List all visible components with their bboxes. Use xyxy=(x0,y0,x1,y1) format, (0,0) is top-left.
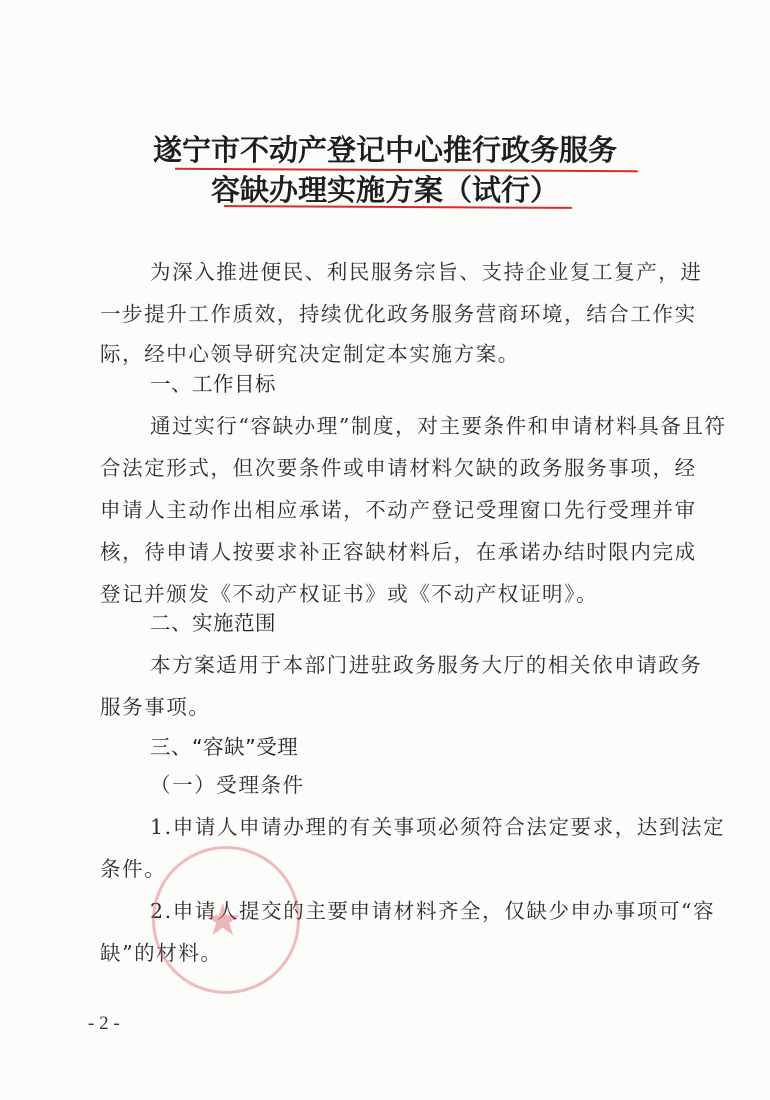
section2-paragraph-line: 服务事项。 xyxy=(100,693,700,721)
section1-paragraph-line: 合法定形式，但次要条件或申请材料欠缺的政务服务事项，经 xyxy=(100,454,700,482)
section2-paragraph-line: 本方案适用于本部门进驻政务服务大厅的相关依申请政务 xyxy=(150,651,750,679)
document-title-line-2: 容缺办理实施方案（试行） xyxy=(0,168,770,209)
section1-paragraph-line: 核，待申请人按要求补正容缺材料后，在承诺办结时限内完成 xyxy=(100,538,700,566)
official-seal-stamp: ★ xyxy=(152,846,300,994)
intro-paragraph-line: 际，经中心领导研究决定制定本实施方案。 xyxy=(100,340,700,368)
section1-paragraph-line: 通过实行“容缺办理”制度，对主要条件和申请材料具备且符 xyxy=(150,412,750,440)
seal-star-icon: ★ xyxy=(203,895,242,946)
condition-item-line: 1.申请人申请办理的有关事项必须符合法定要求，达到法定 xyxy=(150,813,750,841)
section-heading-acceptance: 三、“容缺”受理 xyxy=(150,733,750,761)
section-heading-work-goal: 一、工作目标 xyxy=(150,370,750,398)
section-heading-scope: 二、实施范围 xyxy=(150,609,750,637)
intro-paragraph-line: 一步提升工作质效，持续优化政务服务营商环境，结合工作实 xyxy=(100,300,700,328)
intro-paragraph-line: 为深入推进便民、利民服务宗旨、支持企业复工复产，进 xyxy=(150,258,750,286)
page-number: - 2 - xyxy=(88,1013,120,1035)
document-page: 遂宁市不动产登记中心推行政务服务 容缺办理实施方案（试行） 为深入推进便民、利民… xyxy=(0,0,770,1100)
section1-paragraph-line: 登记并颁发《不动产权证书》或《不动产权证明》。 xyxy=(100,580,700,608)
subsection-heading-conditions: （一）受理条件 xyxy=(150,771,750,799)
document-title-line-1: 遂宁市不动产登记中心推行政务服务 xyxy=(0,128,770,169)
section1-paragraph-line: 申请人主动作出相应承诺，不动产登记受理窗口先行受理并审 xyxy=(100,496,700,524)
